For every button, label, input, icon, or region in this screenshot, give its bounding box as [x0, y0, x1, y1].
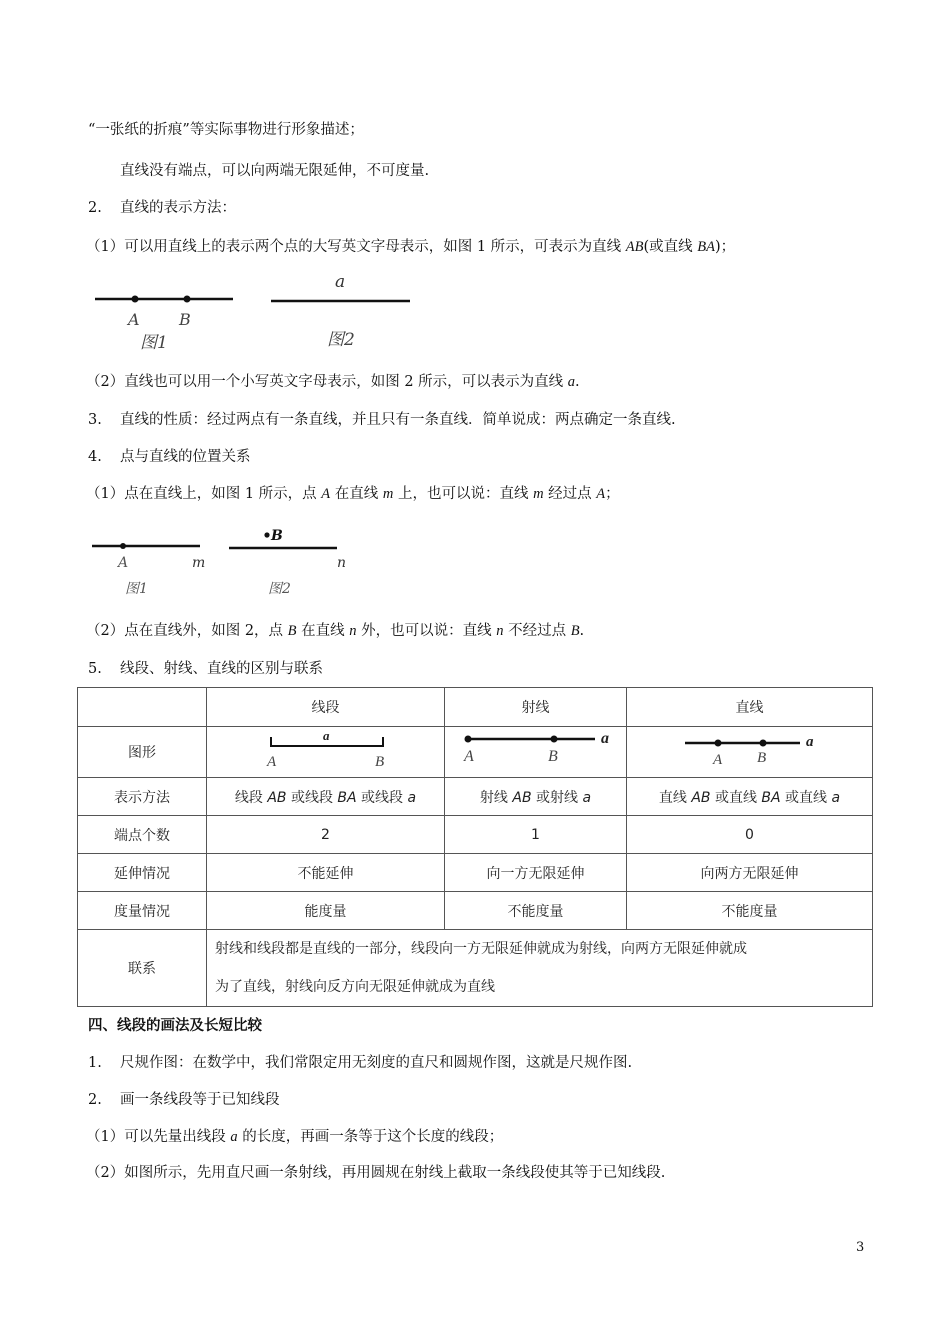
point-label-a: A: [267, 754, 276, 771]
table-row: 图形 a A B a A B: [78, 727, 873, 778]
paragraph: 直线没有端点，可以向两端无限延伸，不可度量.: [120, 161, 429, 181]
table-cell: 向一方无限延伸: [445, 854, 627, 892]
figure-caption: 图2: [268, 579, 291, 599]
variable: AB: [626, 239, 644, 255]
line-label-a: a: [806, 734, 814, 751]
list-item: 2.直线的表示方法：: [88, 198, 236, 218]
line-label-n: n: [337, 553, 346, 573]
relation-line-2: 为了直线，射线向反方向无限延伸就成为直线: [215, 968, 864, 1006]
variable: m: [383, 486, 393, 502]
text: .: [580, 623, 585, 639]
list-text: 尺规作图：在数学中，我们常限定用无刻度的直尺和圆规作图，这就是尺规作图.: [120, 1055, 632, 1071]
segment-figure-cell: a A B: [207, 727, 445, 778]
text: 或射线: [532, 790, 583, 806]
text: （1）可以先量出线段: [86, 1129, 230, 1145]
variable: A: [321, 486, 330, 502]
point-label-a: A: [464, 748, 474, 766]
variable: AB: [512, 790, 531, 806]
text: 射线: [480, 790, 512, 806]
ray-figure-cell: a A B: [445, 727, 627, 778]
table-row: 联系 射线和线段都是直线的一部分，线段向一方无限延伸就成为射线，向两方无限延伸就…: [78, 930, 873, 1007]
table-cell: 线段 AB 或线段 BA 或线段 a: [207, 778, 445, 816]
table-cell: 不能延伸: [207, 854, 445, 892]
text: （2）直线也可以用一个小写英文字母表示，如图 2 所示，可以表示为直线: [86, 374, 568, 390]
table-cell: 直线 AB 或直线 BA 或直线 a: [627, 778, 873, 816]
table-row: 端点个数 2 1 0: [78, 816, 873, 854]
ray-label-a: a: [601, 730, 609, 748]
table-cell: 向两方无限延伸: [627, 854, 873, 892]
text: 经过点: [544, 486, 597, 502]
variable: BA: [697, 239, 715, 255]
section-heading: 四、线段的画法及长短比较: [88, 1016, 262, 1036]
text: 在直线: [330, 486, 383, 502]
text: ；: [605, 486, 620, 502]
list-text: 线段、射线、直线的区别与联系: [120, 661, 323, 677]
text: （1）可以用直线上的表示两个点的大写英文字母表示，如图 1 所示，可表示为直线: [86, 239, 626, 255]
variable: AB: [267, 790, 286, 806]
point-dot: [264, 532, 270, 538]
list-number: 5.: [88, 659, 120, 679]
table-cell: 不能度量: [627, 892, 873, 930]
text: .: [575, 374, 580, 390]
line-label-m: m: [192, 553, 205, 573]
paragraph: （1）可以先量出线段 a 的长度，再画一条等于这个长度的线段；: [86, 1127, 503, 1147]
line-label-a: a: [335, 272, 345, 292]
row-label: 联系: [78, 930, 207, 1007]
relation-cell: 射线和线段都是直线的一部分，线段向一方无限延伸就成为射线，向两方无限延伸就成 为…: [207, 930, 873, 1007]
table-cell: 能度量: [207, 892, 445, 930]
text: 或直线: [781, 790, 832, 806]
figure-caption: 图2: [327, 330, 355, 350]
table-header-row: 线段 射线 直线: [78, 688, 873, 727]
comparison-table: 线段 射线 直线 图形 a A B a: [77, 687, 873, 1007]
text: （1）点在直线上，如图 1 所示，点: [86, 486, 321, 502]
table-row: 表示方法 线段 AB 或线段 BA 或线段 a 射线 AB 或射线 a 直线 A…: [78, 778, 873, 816]
table-row: 延伸情况 不能延伸 向一方无限延伸 向两方无限延伸: [78, 854, 873, 892]
figure-point-on-line: [92, 540, 204, 552]
text: （2）点在直线外，如图 2，点: [86, 623, 288, 639]
list-text: 点与直线的位置关系: [120, 449, 251, 465]
row-label: 表示方法: [78, 778, 207, 816]
row-label: 延伸情况: [78, 854, 207, 892]
header-cell: [78, 688, 207, 727]
paragraph: “一张纸的折痕”等实际事物进行形象描述；: [88, 120, 364, 140]
segment-label-a: a: [323, 728, 330, 744]
point-label-a: A: [128, 310, 140, 330]
variable: n: [349, 623, 356, 639]
table-row: 度量情况 能度量 不能度量 不能度量: [78, 892, 873, 930]
paragraph: （2）直线也可以用一个小写英文字母表示，如图 2 所示，可以表示为直线 a.: [86, 372, 580, 392]
relation-line-1: 射线和线段都是直线的一部分，线段向一方无限延伸就成为射线，向两方无限延伸就成: [215, 930, 864, 968]
variable: m: [533, 486, 543, 502]
text: 的长度，再画一条等于这个长度的线段；: [238, 1129, 504, 1145]
text: 在直线: [297, 623, 350, 639]
point-label-a: A: [713, 752, 722, 769]
row-label: 图形: [78, 727, 207, 778]
list-item: 2.画一条线段等于已知线段: [88, 1090, 280, 1110]
list-item: 5.线段、射线、直线的区别与联系: [88, 659, 323, 679]
variable: a: [568, 374, 575, 390]
text: 或直线: [711, 790, 762, 806]
line-figure-cell: a A B: [627, 727, 873, 778]
list-number: 1.: [88, 1053, 120, 1073]
list-number: 2.: [88, 198, 120, 218]
point-label-a: A: [118, 553, 128, 573]
list-text: 直线的表示方法：: [120, 200, 236, 216]
text: 外，也可以说：直线: [357, 623, 497, 639]
text: 或线段: [287, 790, 338, 806]
table-cell: 2: [207, 816, 445, 854]
text: 线段: [235, 790, 267, 806]
list-item: 3.直线的性质：经过两点有一条直线，并且只有一条直线．简单说成：两点确定一条直线…: [88, 410, 676, 430]
figure-line-a: [270, 296, 412, 306]
header-cell: 直线: [627, 688, 873, 727]
variable: A: [596, 486, 605, 502]
figure-caption: 图1: [125, 579, 148, 599]
table-cell: 不能度量: [445, 892, 627, 930]
list-number: 4.: [88, 447, 120, 467]
point-label-b: B: [375, 754, 384, 771]
list-number: 3.: [88, 410, 120, 430]
table-cell: 1: [445, 816, 627, 854]
table-cell: 射线 AB 或射线 a: [445, 778, 627, 816]
text: (或直线: [644, 239, 698, 255]
row-label: 度量情况: [78, 892, 207, 930]
paragraph: （2）点在直线外，如图 2，点 B 在直线 n 外，也可以说：直线 n 不经过点…: [86, 621, 584, 641]
header-cell: 射线: [445, 688, 627, 727]
table-cell: 0: [627, 816, 873, 854]
text: 上，也可以说：直线: [393, 486, 533, 502]
text: 不经过点: [503, 623, 570, 639]
variable: AB: [691, 790, 710, 806]
point-label-b: B: [179, 310, 191, 330]
variable: a: [230, 1129, 237, 1145]
variable: a: [832, 790, 841, 806]
list-item: 1.尺规作图：在数学中，我们常限定用无刻度的直尺和圆规作图，这就是尺规作图.: [88, 1053, 632, 1073]
variable: BA: [337, 790, 356, 806]
paragraph: （2）如图所示，先用直尺画一条射线，再用圆规在射线上截取一条线段使其等于已知线段…: [86, 1163, 665, 1183]
figure-point-off-line: [229, 542, 341, 554]
row-label: 端点个数: [78, 816, 207, 854]
list-text: 直线的性质：经过两点有一条直线，并且只有一条直线．简单说成：两点确定一条直线.: [120, 412, 676, 428]
point-label-b: B: [548, 748, 558, 766]
paragraph: （1）可以用直线上的表示两个点的大写英文字母表示，如图 1 所示，可表示为直线 …: [86, 237, 735, 257]
figure-caption: 图1: [140, 333, 168, 353]
header-cell: 线段: [207, 688, 445, 727]
point-label-b: B: [757, 750, 766, 767]
list-item: 4.点与直线的位置关系: [88, 447, 251, 467]
paragraph: （1）点在直线上，如图 1 所示，点 A 在直线 m 上，也可以说：直线 m 经…: [86, 484, 620, 504]
point-label-b: B: [271, 526, 283, 546]
page-number: 3: [856, 1240, 864, 1255]
variable: B: [571, 623, 580, 639]
text: )；: [715, 239, 735, 255]
variable: a: [408, 790, 417, 806]
variable: B: [288, 623, 297, 639]
list-text: 画一条线段等于已知线段: [120, 1092, 280, 1108]
variable: BA: [761, 790, 780, 806]
text: 或线段: [357, 790, 408, 806]
variable: a: [582, 790, 591, 806]
text: 直线: [659, 790, 691, 806]
list-number: 2.: [88, 1090, 120, 1110]
